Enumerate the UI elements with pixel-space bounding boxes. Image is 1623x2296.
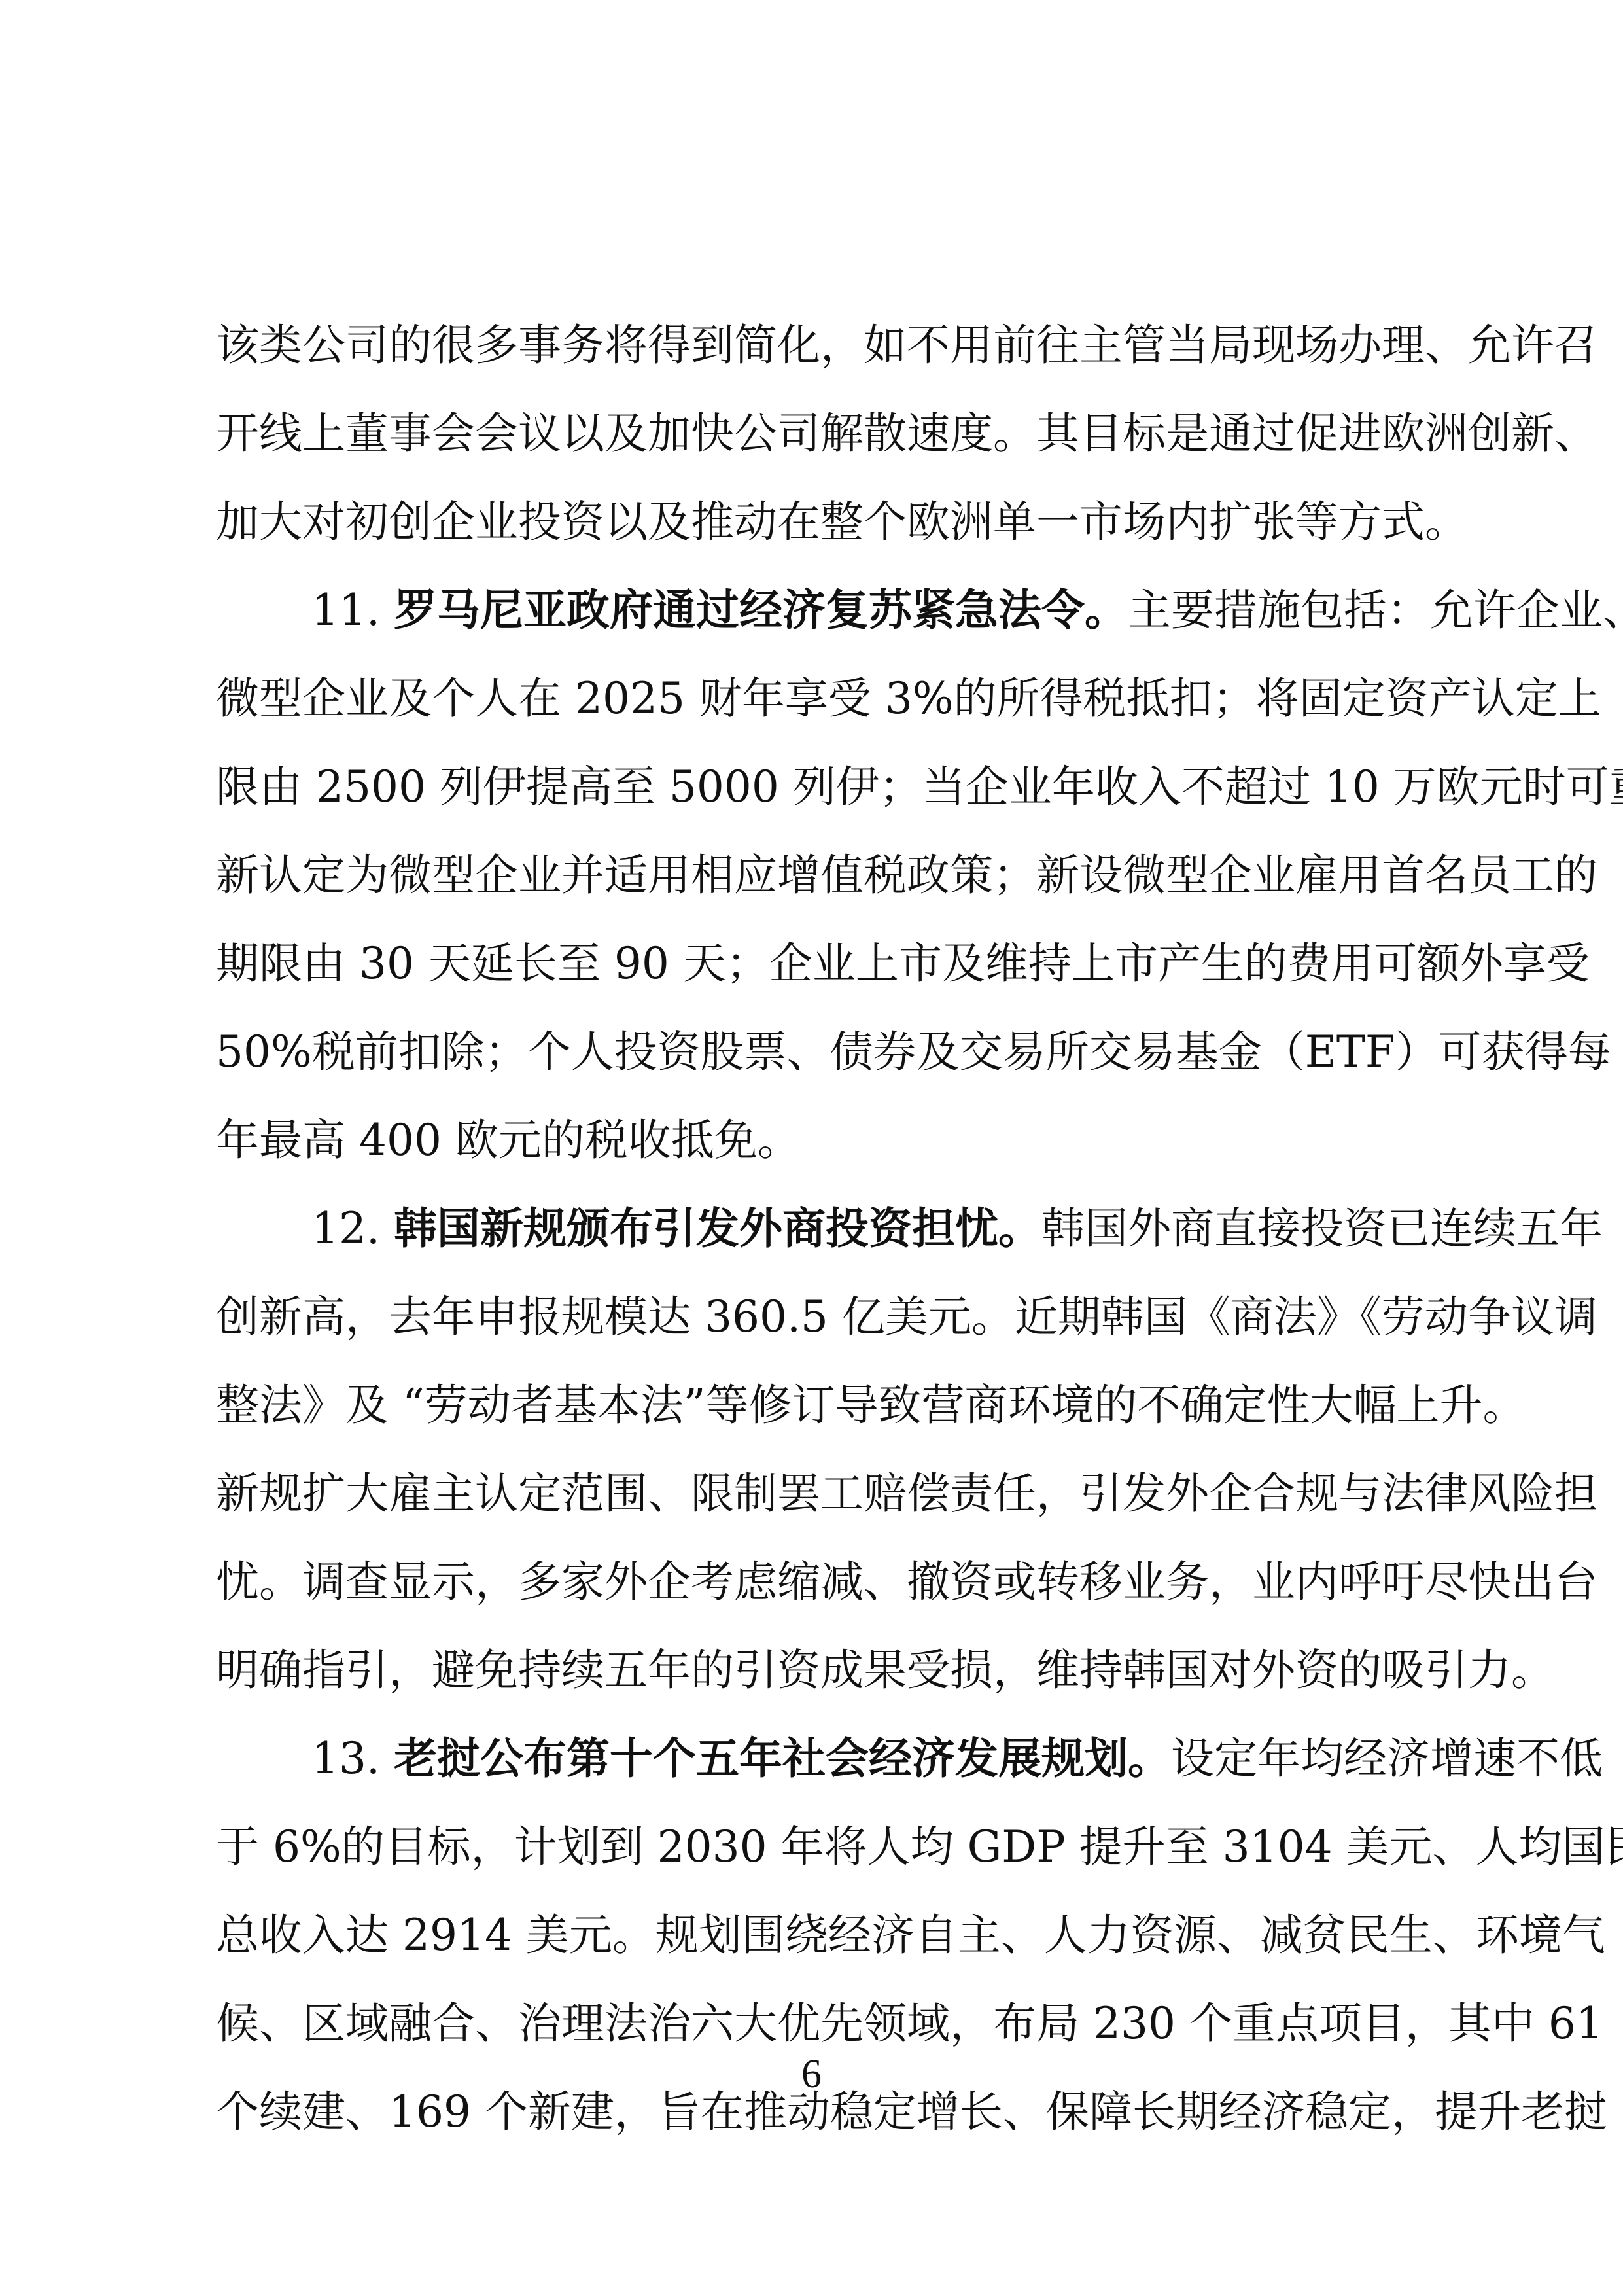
page-number: 6 xyxy=(0,2048,1623,2100)
text-line: 新认定为微型企业并适用相应增值税政策；新设微型企业雇用首名员工的 xyxy=(216,831,1413,919)
text-line: 50%税前扣除；个人投资股票、债券及交易所交易基金（ETF）可获得每 xyxy=(216,1008,1413,1096)
text-line: 整法》及 “劳动者基本法”等修订导致营商环境的不确定性大幅上升。 xyxy=(216,1361,1413,1449)
text-line: 明确指引，避免持续五年的引资成果受损，维持韩国对外资的吸引力。 xyxy=(216,1626,1413,1714)
text-line: 微型企业及个人在 2025 财年享受 3%的所得税抵扣；将固定资产认定上 xyxy=(216,654,1413,743)
text-line: 创新高，去年申报规模达 360.5 亿美元。近期韩国《商法》《劳动争议调 xyxy=(216,1273,1413,1361)
item-first-line: 11. 罗马尼亚政府通过经济复苏紧急法令。主要措施包括：允许企业、 xyxy=(216,566,1413,654)
text-line: 该类公司的很多事务将得到简化，如不用前往主管当局现场办理、允许召 xyxy=(216,301,1413,389)
item-heading: 韩国新规颁布引发外商投资担忧。 xyxy=(394,1203,1041,1254)
item-first-line: 13. 老挝公布第十个五年社会经济发展规划。设定年均经济增速不低 xyxy=(216,1714,1413,1803)
news-item-12: 12. 韩国新规颁布引发外商投资担忧。韩国外商直接投资已连续五年 创新高，去年申… xyxy=(216,1184,1413,1714)
item-text: 韩国外商直接投资已连续五年 xyxy=(1041,1203,1603,1254)
text-line: 开线上董事会会议以及加快公司解散速度。其目标是通过促进欧洲创新、 xyxy=(216,389,1413,478)
document-page: 该类公司的很多事务将得到简化，如不用前往主管当局现场办理、允许召 开线上董事会会… xyxy=(0,0,1623,2296)
text-line: 期限由 30 天延长至 90 天；企业上市及维持上市产生的费用可额外享受 xyxy=(216,919,1413,1008)
news-item-11: 11. 罗马尼亚政府通过经济复苏紧急法令。主要措施包括：允许企业、 微型企业及个… xyxy=(216,566,1413,1184)
item-number: 12. xyxy=(311,1203,380,1254)
item-heading: 罗马尼亚政府通过经济复苏紧急法令。 xyxy=(394,585,1128,635)
text-line: 忧。调查显示，多家外企考虑缩减、撤资或转移业务，业内呼吁尽快出台 xyxy=(216,1538,1413,1626)
item-text: 主要措施包括：允许企业、 xyxy=(1128,585,1623,635)
text-line: 新规扩大雇主认定范围、限制罢工赔偿责任，引发外企合规与法律风险担 xyxy=(216,1449,1413,1538)
item-first-line: 12. 韩国新规颁布引发外商投资担忧。韩国外商直接投资已连续五年 xyxy=(216,1184,1413,1273)
item-number: 11. xyxy=(311,585,380,635)
text-line: 限由 2500 列伊提高至 5000 列伊；当企业年收入不超过 10 万欧元时可… xyxy=(216,743,1413,831)
text-line: 年最高 400 欧元的税收抵免。 xyxy=(216,1096,1413,1184)
item-number: 13. xyxy=(311,1733,380,1784)
item-heading: 老挝公布第十个五年社会经济发展规划。 xyxy=(394,1733,1171,1784)
text-line: 于 6%的目标，计划到 2030 年将人均 GDP 提升至 3104 美元、人均… xyxy=(216,1803,1413,1891)
intro-paragraph: 该类公司的很多事务将得到简化，如不用前往主管当局现场办理、允许召 开线上董事会会… xyxy=(216,301,1413,566)
document-body: 该类公司的很多事务将得到简化，如不用前往主管当局现场办理、允许召 开线上董事会会… xyxy=(216,301,1413,2156)
item-text: 设定年均经济增速不低 xyxy=(1171,1733,1603,1784)
text-line: 加大对初创企业投资以及推动在整个欧洲单一市场内扩张等方式。 xyxy=(216,478,1413,566)
text-line: 总收入达 2914 美元。规划围绕经济自主、人力资源、减贫民生、环境气 xyxy=(216,1891,1413,1979)
